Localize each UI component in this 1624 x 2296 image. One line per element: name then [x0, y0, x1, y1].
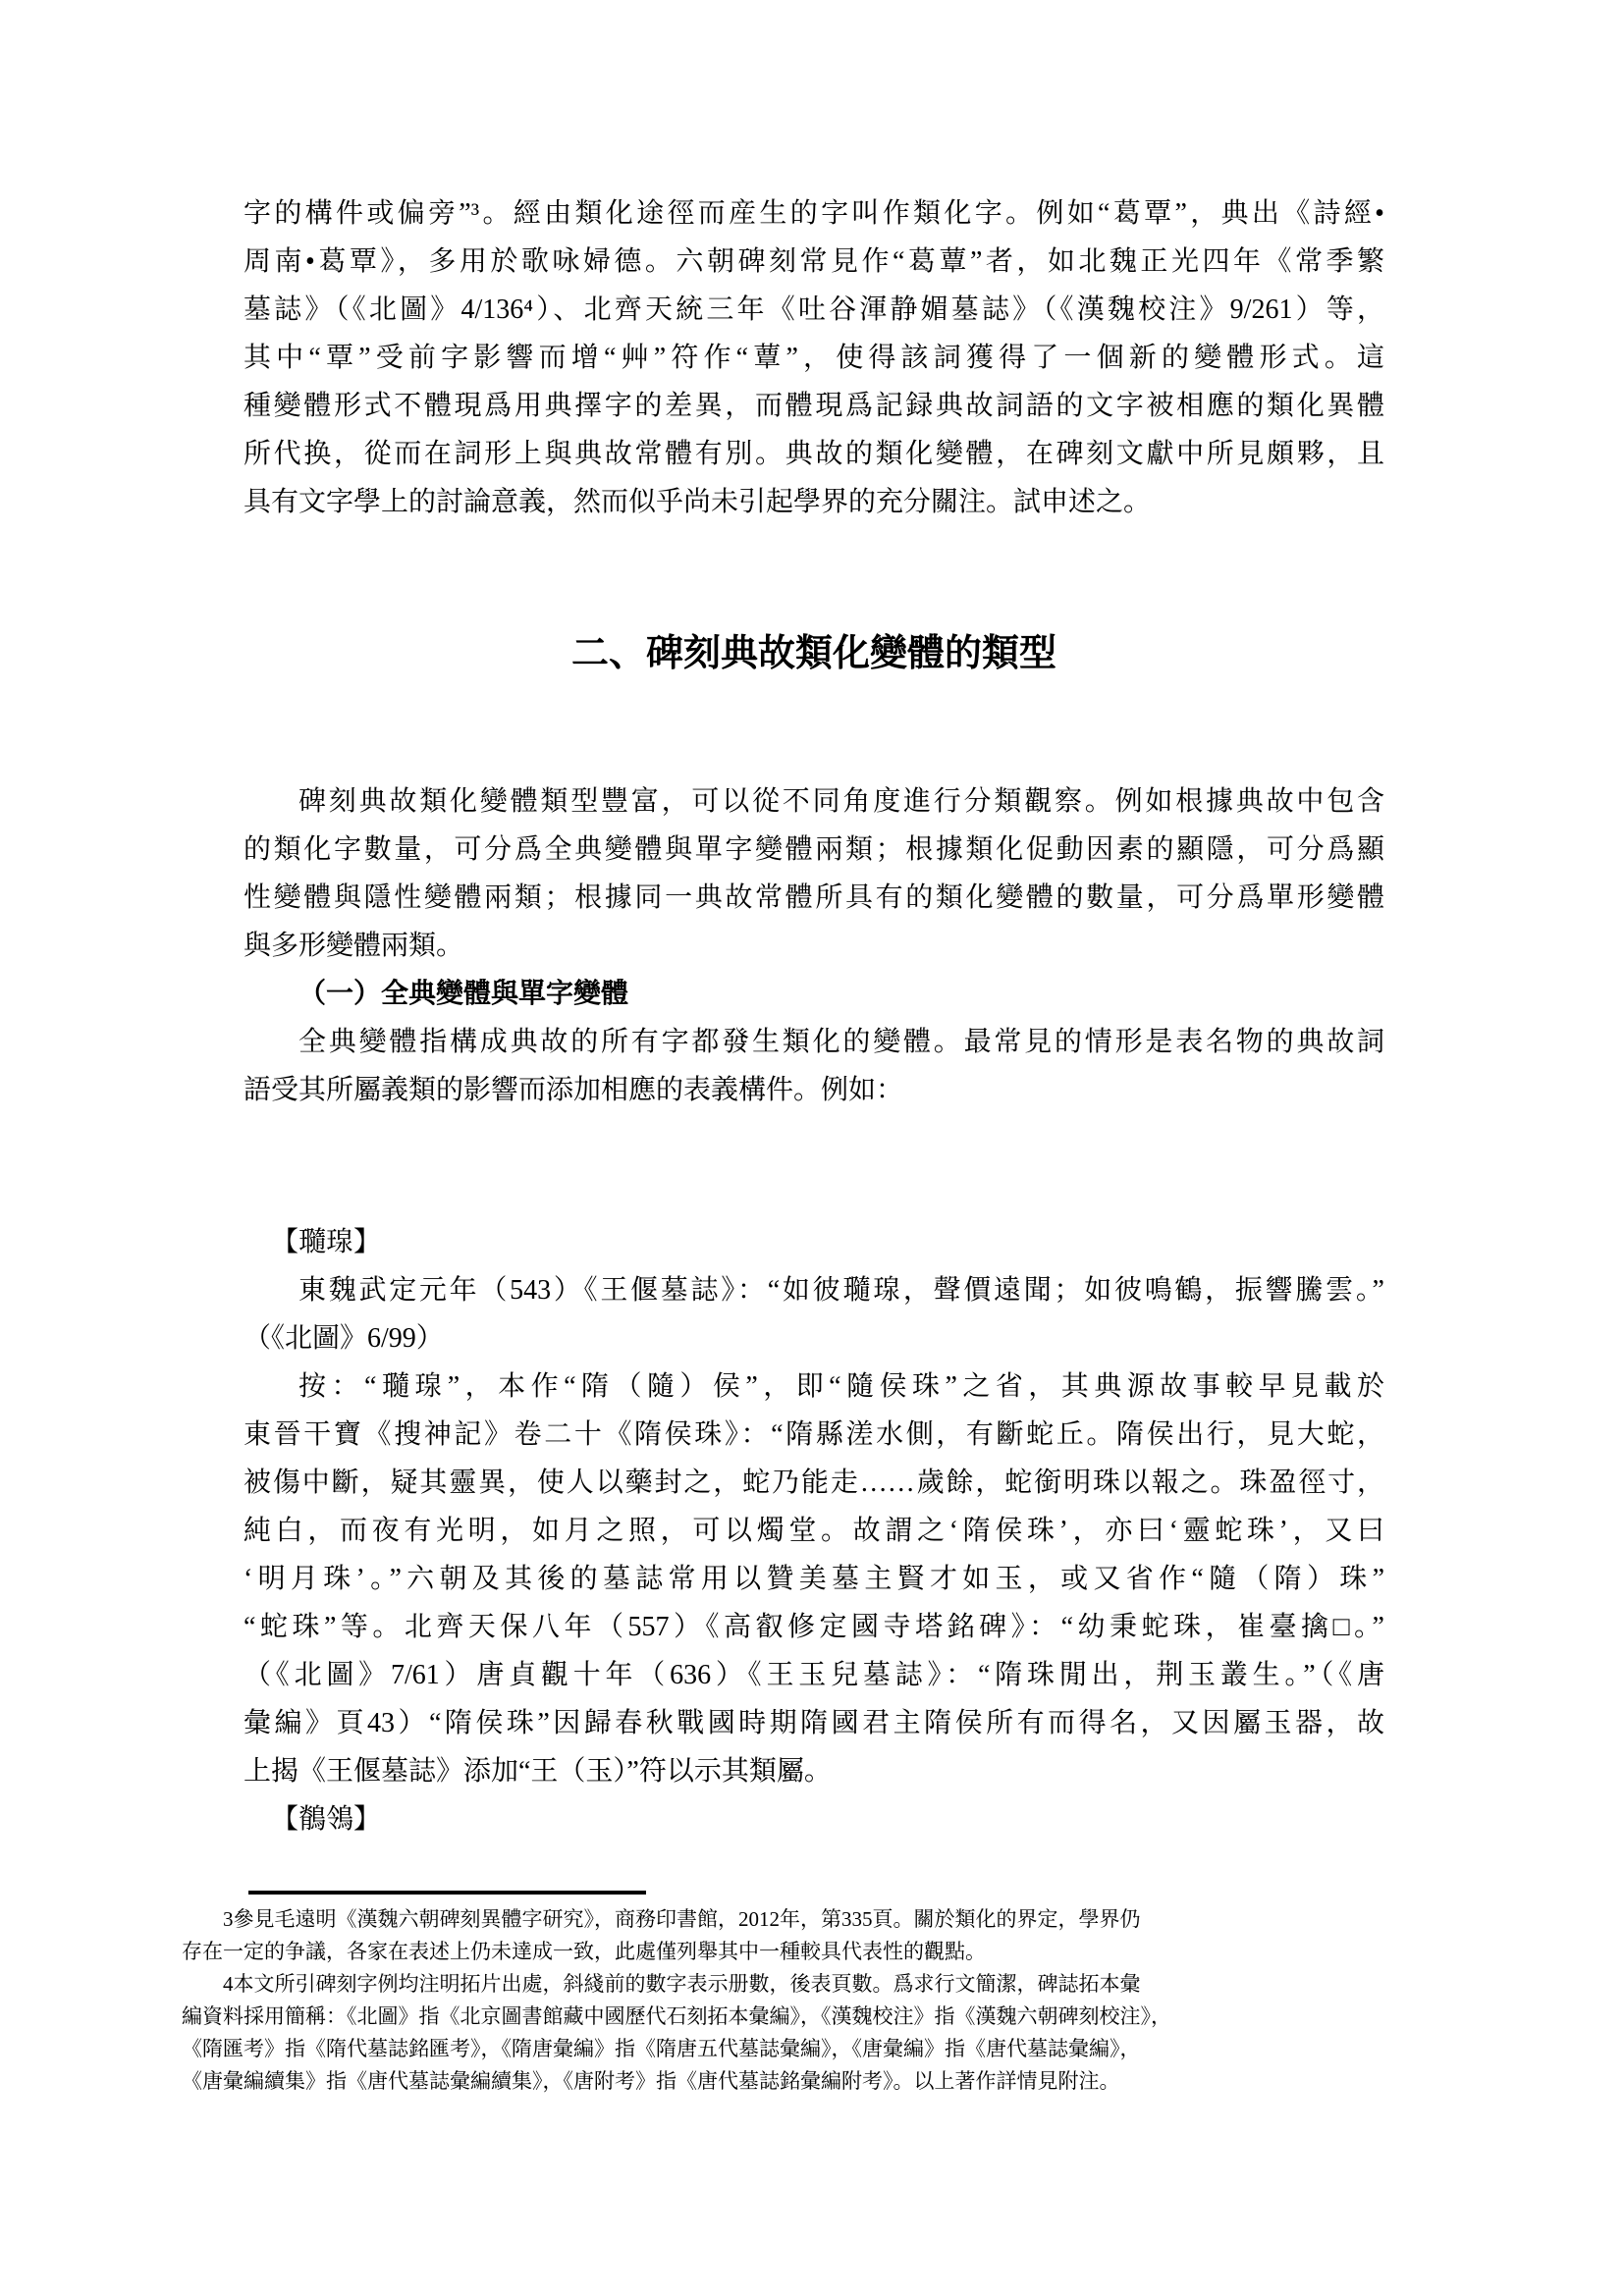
text-line: 東魏武定元年（543）《王偃墓誌》：“如彼瓍瑔，聲價遠聞；如彼鳴鶴，振響騰雲。”	[244, 1266, 1384, 1314]
text-line: 字的構件或偏旁”³。經由類化途徑而産生的字叫作類化字。例如“葛覃”，典出《詩經•	[244, 189, 1384, 238]
entry-headword-jiling: 【鶺鴒】	[244, 1795, 1384, 1843]
text-line: 上揭《王偃墓誌》添加“王（玉）”符以示其類屬。	[244, 1747, 1384, 1795]
text-line: 按：“瓍瑔”，本作“隋（隨）侯”，即“隨侯珠”之省，其典源故事較早見載於	[244, 1362, 1384, 1411]
page-content: 字的構件或偏旁”³。經由類化途徑而産生的字叫作類化字。例如“葛覃”，典出《詩經•…	[0, 189, 1624, 2098]
text-line: 所代换，從而在詞形上與典故常體有別。典故的類化變體，在碑刻文獻中所見頗夥，且	[244, 430, 1384, 478]
text-line: ‘明月珠’。”六朝及其後的墓誌常用以贊美墓主賢才如玉，或又省作“隨（隋）珠”	[244, 1555, 1384, 1603]
text-line: 全典變體指構成典故的所有字都發生類化的變體。最常見的情形是表名物的典故詞	[244, 1018, 1384, 1066]
text-line: 碑刻典故類化變體類型豐富，可以從不同角度進行分類觀察。例如根據典故中包含	[244, 777, 1384, 826]
entry-citation: 東魏武定元年（543）《王偃墓誌》：“如彼瓍瑔，聲價遠聞；如彼鳴鶴，振響騰雲。”…	[244, 1266, 1384, 1362]
text-line: 其中“覃”受前字影響而增“艸”符作“蕈”，使得該詞獲得了一個新的變體形式。這	[244, 334, 1384, 382]
footnote-line: 《隋匯考》指《隋代墓誌銘匯考》，《隋唐彙編》指《隋唐五代墓誌彙編》，《唐彙編》指…	[182, 2033, 1443, 2065]
text-line: （《北圖》6/99）	[244, 1314, 1384, 1362]
text-line: （《北圖》7/61）唐貞觀十年（636）《王玉兒墓誌》：“隋珠閒出，荆玉叢生。”…	[244, 1651, 1384, 1699]
text-line: 種變體形式不體現爲用典擇字的差異，而體現爲記録典故詞語的文字被相應的類化異體	[244, 382, 1384, 430]
footnote-line: 《唐彙編續集》指《唐代墓誌彙編續集》，《唐附考》指《唐代墓誌銘彙編附考》。以上著…	[182, 2065, 1443, 2098]
overview-paragraph: 碑刻典故類化變體類型豐富，可以從不同角度進行分類觀察。例如根據典故中包含 的類化…	[244, 777, 1384, 970]
text-line: 彙編》頁43）“隋侯珠”因歸春秋戰國時期隋國君主隋侯所有而得名，又因屬玉器，故	[244, 1699, 1384, 1747]
text-line: 與多形變體兩類。	[244, 922, 1384, 970]
footnote-line: 編資料採用簡稱：《北圖》指《北京圖書館藏中國歷代石刻拓本彙編》，《漢魏校注》指《…	[182, 2001, 1443, 2033]
text-line: 性變體與隱性變體兩類；根據同一典故常體所具有的類化變體的數量，可分爲單形變體	[244, 874, 1384, 922]
section-heading: 二、碑刻典故類化變體的類型	[244, 626, 1384, 681]
footnote-line: 4本文所引碑刻字例均注明拓片出處，斜綫前的數字表示册數，後表頁數。爲求行文簡潔，…	[182, 1968, 1443, 2001]
text-line: 周南•葛覃》，多用於歌咏婦德。六朝碑刻常見作“葛蕈”者，如北魏正光四年《常季繁	[244, 238, 1384, 286]
footnotes-block: 3參見毛遠明《漢魏六朝碑刻異體字研究》，商務印書館，2012年，第335頁。關於…	[182, 1903, 1443, 2098]
footnote-line: 3參見毛遠明《漢魏六朝碑刻異體字研究》，商務印書館，2012年，第335頁。關於…	[182, 1903, 1443, 1936]
continued-paragraph: 字的構件或偏旁”³。經由類化途徑而産生的字叫作類化字。例如“葛覃”，典出《詩經•…	[244, 189, 1384, 526]
text-line: 語受其所屬義類的影響而添加相應的表義構件。例如：	[244, 1066, 1384, 1114]
entry-commentary: 按：“瓍瑔”，本作“隋（隨）侯”，即“隨侯珠”之省，其典源故事較早見載於 東晉干…	[244, 1362, 1384, 1795]
subsection-heading: （一）全典變體與單字變體	[244, 970, 1384, 1018]
text-line: 墓誌》（《北圖》4/136⁴）、北齊天統三年《吐谷渾静媚墓誌》（《漢魏校注》9/…	[244, 286, 1384, 334]
entry-headword-suihouzhu: 【瓍瑔】	[244, 1218, 1384, 1266]
text-line: 的類化字數量，可分爲全典變體與單字變體兩類；根據類化促動因素的顯隱，可分爲顯	[244, 826, 1384, 874]
footnote-3: 3參見毛遠明《漢魏六朝碑刻異體字研究》，商務印書館，2012年，第335頁。關於…	[182, 1903, 1443, 1968]
footnote-4: 4本文所引碑刻字例均注明拓片出處，斜綫前的數字表示册數，後表頁數。爲求行文簡潔，…	[182, 1968, 1443, 2098]
text-line: 被傷中斷，疑其靈異，使人以藥封之，蛇乃能走……歲餘，蛇銜明珠以報之。珠盈徑寸，	[244, 1459, 1384, 1507]
document-page: 字的構件或偏旁”³。經由類化途徑而産生的字叫作類化字。例如“葛覃”，典出《詩經•…	[0, 0, 1624, 2296]
text-line: 純白，而夜有光明，如月之照，可以燭堂。故謂之‘隋侯珠’，亦曰‘靈蛇珠’，又曰	[244, 1507, 1384, 1555]
quandian-paragraph: 全典變體指構成典故的所有字都發生類化的變體。最常見的情形是表名物的典故詞 語受其…	[244, 1018, 1384, 1114]
footnote-separator	[248, 1891, 646, 1895]
text-line: 具有文字學上的討論意義，然而似乎尚未引起學界的充分關注。試申述之。	[244, 478, 1384, 526]
text-line: 東晉干寶《搜神記》卷二十《隋侯珠》：“隋縣溠水側，有斷蛇丘。隋侯出行，見大蛇，	[244, 1411, 1384, 1459]
footnote-line: 存在一定的争議，各家在表述上仍未達成一致，此處僅列舉其中一種較具代表性的觀點。	[182, 1936, 1443, 1968]
text-line: “蛇珠”等。北齊天保八年（557）《高叡修定國寺塔銘碑》：“幼秉蛇珠，崔臺擒□。…	[244, 1603, 1384, 1651]
